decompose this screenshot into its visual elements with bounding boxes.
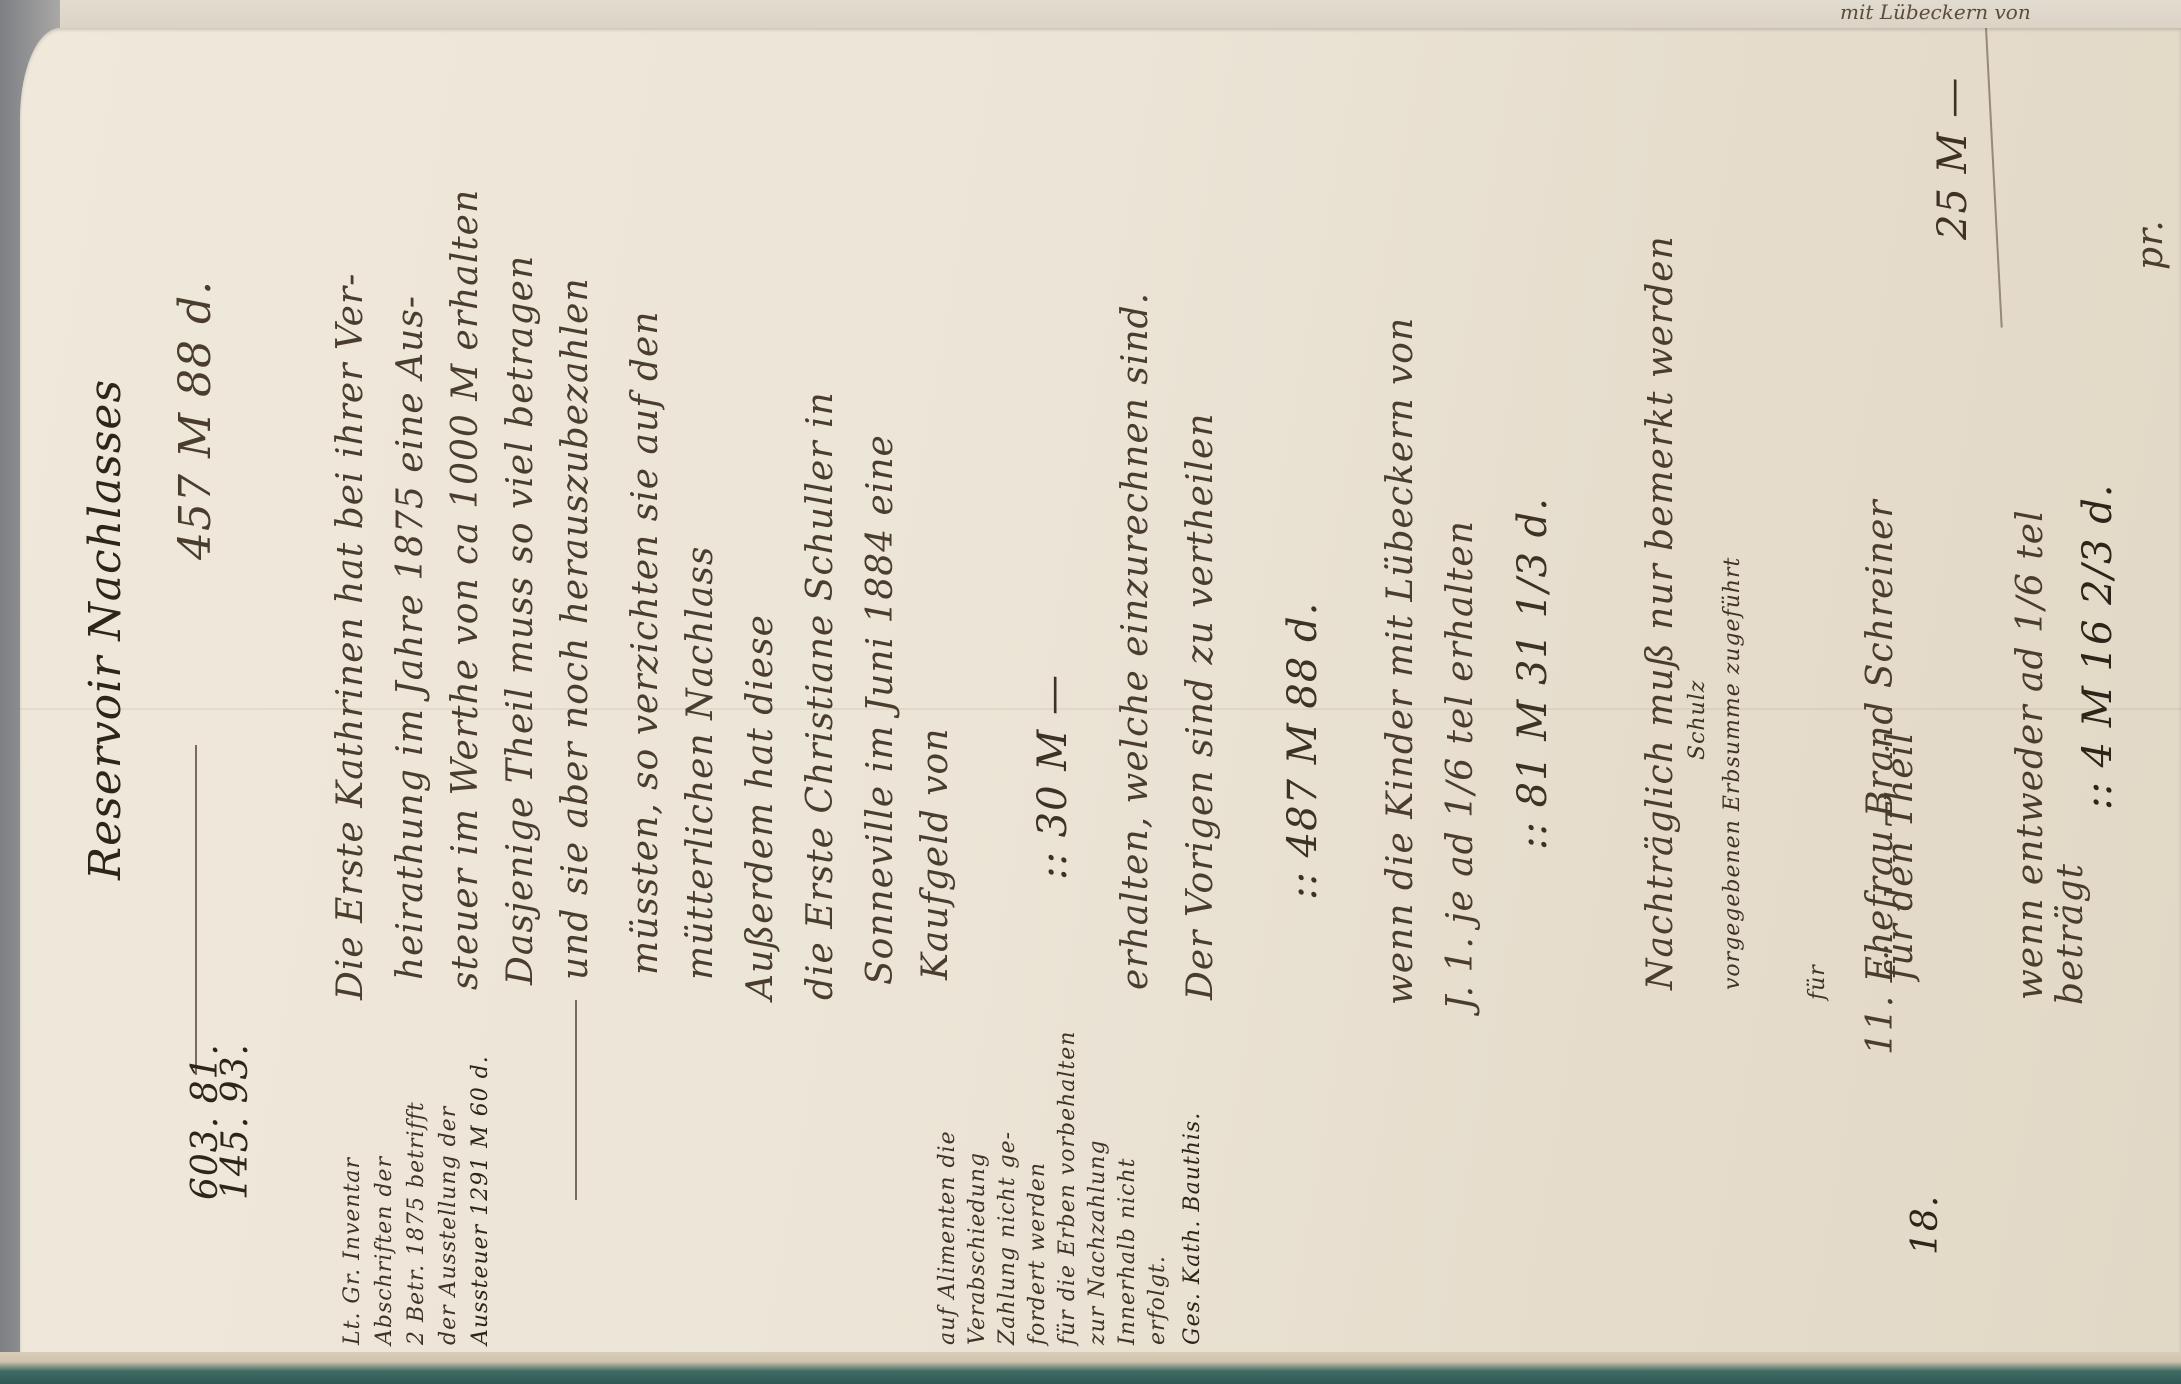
entry3-margin-number: 18. bbox=[1905, 1195, 1946, 1255]
entry2-note-3: Zahlung nicht ge- bbox=[995, 1131, 1020, 1345]
entry2-line-1: Außerdem hat diese bbox=[740, 614, 781, 1000]
document-title: Reservoir Nachlasses bbox=[80, 379, 131, 880]
entry3-amount-2: :: 81 M 31 1/3 d. bbox=[1510, 497, 1556, 850]
entry1-note-1: Lt. Gr. Inventar bbox=[340, 1157, 365, 1345]
book-edge bbox=[0, 1352, 2181, 1384]
entry1-line-5: und sie aber noch herauszubezahlen bbox=[555, 277, 596, 980]
entry3-amount-1: :: 487 M 88 d. bbox=[1280, 602, 1326, 900]
entry2-line-2: die Erste Christiane Schuller in bbox=[800, 391, 841, 1000]
entry2-amount: :: 30 M — bbox=[1030, 674, 1076, 880]
header-amount: 457 M 88 d. bbox=[170, 280, 221, 560]
underlying-page-fragment: mit Lübeckern von bbox=[1840, 0, 2031, 24]
header-rule bbox=[195, 745, 197, 1075]
entry1-line-1: Die Erste Kathrinen hat bei ihrer Ver- bbox=[330, 273, 371, 1000]
entry1-line-7: mütterlichen Nachlass bbox=[680, 546, 721, 980]
entry3-line-1: Der Vorigen sind zu vertheilen bbox=[1180, 413, 1221, 1000]
entry2-note-1: auf Alimenten die bbox=[935, 1130, 960, 1345]
entry2-line-3: Sonneville im Juni 1884 eine bbox=[860, 434, 901, 985]
entry1-line-6: müssten, so verzichten sie auf den bbox=[625, 311, 666, 975]
entry1-line-2: heirathung im Jahre 1875 eine Aus- bbox=[390, 295, 431, 980]
right-fragment: pr. bbox=[2130, 219, 2171, 270]
entry1-note-rule bbox=[575, 1000, 577, 1200]
entry3-line-4: J. 1. je ad 1/6 tel erhalten bbox=[1440, 520, 1481, 1010]
entry3-line-8: vorgegebenen Erbsumme zugeführt bbox=[1720, 557, 1745, 990]
margin-number-2: 145. 93. bbox=[215, 1043, 256, 1200]
entry2-note-5: für die Erben vorbehalten bbox=[1055, 1031, 1080, 1345]
entry3-line-7: Schulz bbox=[1685, 680, 1710, 760]
entry1-note-4: der Ausstellung der bbox=[436, 1106, 461, 1345]
entry2-note-8: erfolgt. bbox=[1145, 1255, 1170, 1345]
entry1-line-3: steuer im Werthe von ca 1000 M erhalten bbox=[445, 189, 486, 990]
entry1-note-2: Abschriften der bbox=[372, 1156, 397, 1345]
entry1-line-4: Dasjenige Theil muss so viel betragen bbox=[500, 255, 541, 985]
entry2-line-4: Kaufgeld von bbox=[915, 728, 956, 980]
entry2-note-6: zur Nachzahlung bbox=[1085, 1140, 1110, 1345]
entry2-line-6: erhalten, welche einzurechnen sind. bbox=[1115, 292, 1156, 990]
entry2-note-7: Innerhalb nicht bbox=[1115, 1158, 1140, 1346]
entry2-note-2: Verabschiedung bbox=[965, 1152, 990, 1345]
entry3-amount-3: :: 4 M 16 2/3 d. bbox=[2075, 483, 2121, 810]
entry3-line-13: beträgt bbox=[2050, 863, 2091, 1005]
entry1-note-3: 2 Betr. 1875 betrifft bbox=[404, 1101, 429, 1345]
entry2-note-4: fordert werden bbox=[1025, 1162, 1050, 1345]
right-amount: 25 M — bbox=[1930, 77, 1976, 240]
entry3-line-11: für den Theil bbox=[1880, 731, 1921, 980]
entry2-note-9: Ges. Kath. Bauthis. bbox=[1180, 1112, 1205, 1345]
entry3-line-10: für bbox=[1805, 964, 1830, 1000]
entry3-line-3: wenn die Kinder mit Lübeckern von bbox=[1380, 317, 1421, 1005]
entry3-line-6: Nachträglich muß nur bemerkt werden bbox=[1640, 235, 1681, 990]
entry1-note-5: Aussteuer 1291 M 60 d. bbox=[468, 1055, 493, 1345]
entry3-line-12: wenn entweder ad 1/6 tel bbox=[2010, 509, 2051, 1000]
